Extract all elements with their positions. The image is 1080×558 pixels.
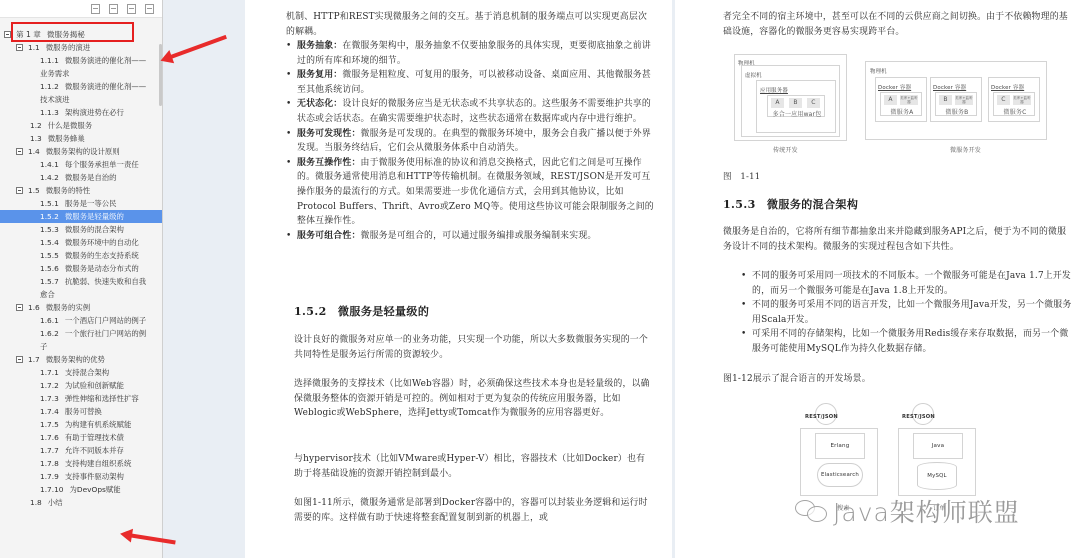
bullet-item: 服务复用：微服务是粗粒度、可复用的服务，可以被移动设备、桌面应用、其他微服务甚至… (286, 68, 656, 97)
toc-item-number: 1.6 (28, 303, 40, 312)
toc-item-label: 支持构建自组织系统 (65, 459, 132, 468)
toc-item-label: 微服务是动态分布式的 (65, 264, 139, 273)
paragraph: 微服务是自治的，它将所有细节都抽象出来并隐藏到服务API之后，便于为不同的微服务… (723, 225, 1075, 254)
toc-item-label: 微服务是自治的 (65, 173, 117, 182)
microservice-box: B类库+监听器微服务B (935, 92, 977, 116)
collapse-toggle-icon[interactable] (16, 44, 23, 51)
toc-item-label: 什么是微服务 (48, 121, 92, 130)
toc-item-number: 1.6.1 (40, 316, 59, 325)
toc-item[interactable]: 1.5.4微服务环境中的自动化 (0, 236, 162, 249)
toc-item-number: 1.5.4 (40, 238, 59, 247)
watermark-text: Java架构师联盟 (833, 493, 1020, 529)
toc-item[interactable]: 1.5.1服务是一等公民 (0, 197, 162, 210)
bullet-text: 设计良好的微服务应当是无状态或不共享状态的。这些服务不需要维护共享的状态或会话状… (297, 99, 651, 124)
expand-all-icon[interactable] (109, 4, 118, 14)
toc-item-number: 1.1.2 (40, 82, 59, 91)
bullet-text: 在微服务架构中，服务抽象不仅要抽象服务的具体实现，更要彻底抽象之前讲过的所有库和… (297, 41, 651, 66)
toc-item[interactable]: 1.4.1每个服务承担单一责任 (0, 158, 162, 171)
toc-item-number: 1.7.10 (40, 485, 64, 494)
hybrid-bullet-list: 不同的服务可采用同一项技术的不同版本。一个微服务可能是在Java 1.7上开发的… (741, 269, 1073, 357)
docker-container-box: Docker 容器B类库+监听器微服务B (930, 77, 982, 122)
toc-item[interactable]: 1.7.10为DevOps赋能 (0, 483, 162, 496)
toc-item-number: 1.7.6 (40, 433, 59, 442)
toc-item-label: 支持混合架构 (65, 368, 109, 377)
microservice-box: C类库+监听器微服务C (993, 92, 1035, 116)
toc-item[interactable]: 1.1.2微服务演进的催化剂——技术演进 (0, 80, 162, 106)
physical-machine-box: 物理机 Docker 容器A类库+监听器微服务ADocker 容器B类库+监听器… (865, 61, 1047, 140)
toc-item[interactable]: 1.7微服务架构的优势 (0, 353, 162, 366)
bullet-item: 可采用不同的存储架构，比如一个微服务用Redis缓存来存取数据，而另一个微服务可… (741, 327, 1073, 356)
toc-item-label: 微服务的实例 (46, 303, 90, 312)
toc-item-label: 微服务是轻量级的 (65, 212, 124, 221)
toc-item-label: 小结 (48, 498, 63, 507)
toc-item[interactable]: 1.7.8支持构建自组织系统 (0, 457, 162, 470)
figure-label: 图 1-11 (723, 170, 760, 185)
bullet-item: 无状态化：设计良好的微服务应当是无状态或不共享状态的。这些服务不需要维护共享的状… (286, 97, 656, 126)
toc-item-label: 有助于管理技术债 (65, 433, 124, 442)
toc-item-number: 1.7.2 (40, 381, 59, 390)
toc-item[interactable]: 1.4.2微服务是自治的 (0, 171, 162, 184)
toc-item[interactable]: 1.4微服务架构的设计原则 (0, 145, 162, 158)
toc-item[interactable]: 1.5微服务的特性 (0, 184, 162, 197)
war-package-box: A B C 多合一应用war包 (767, 95, 825, 117)
toc-item-number: 1.7.5 (40, 420, 59, 429)
figure-caption-traditional: 传统开发 (773, 144, 798, 159)
toc-item-number: 1.4.1 (40, 160, 59, 169)
bullet-text: 微服务是可组合的，可以通过服务编排或服务编制来实现。 (361, 231, 597, 241)
toc-item-label: 架构演进势在必行 (65, 108, 124, 117)
paragraph: 如图1-11所示，微服务通常是部署到Docker容器中的，容器可以封装业务逻辑和… (294, 496, 654, 525)
collapse-toggle-icon[interactable] (16, 148, 23, 155)
toc-item-number: 1.7.1 (40, 368, 59, 377)
toc-item[interactable]: 1.6.2一个旅行社门户网站的例子 (0, 327, 162, 353)
bullet-term: 无状态化： (297, 99, 342, 109)
toc-item-label: 微服务蜂巢 (48, 134, 85, 143)
toc-item-number: 1.7.8 (40, 459, 59, 468)
toc-item[interactable]: 1.5.6微服务是动态分布式的 (0, 262, 162, 275)
toc-item-number: 1.5.7 (40, 277, 59, 286)
toc-item[interactable]: 1.6微服务的实例 (0, 301, 162, 314)
document-page-right: 者完全不同的宿主环境中，甚至可以在不同的云供应商之间切换。由于不依赖物理的基础设… (675, 0, 1080, 558)
toc-item-label: 微服务的特性 (46, 186, 90, 195)
bullet-term: 服务可组合性： (297, 231, 361, 241)
bullet-term: 服务抽象： (297, 41, 342, 51)
toc-item[interactable]: 1.6.1一个酒店门户网站的例子 (0, 314, 162, 327)
figure-caption-microservice: 微服务开发 (950, 144, 981, 159)
toc-item-number: 1.7.3 (40, 394, 59, 403)
toc-item-number: 1.1.3 (40, 108, 59, 117)
toc-item[interactable]: 1.1微服务的演进 (0, 41, 162, 54)
bookmark-icon[interactable] (145, 4, 154, 14)
collapse-toggle-icon[interactable] (16, 356, 23, 363)
collapse-toggle-icon[interactable] (4, 31, 11, 38)
bullet-item: 服务可发现性：微服务是可发现的。在典型的微服务环境中，服务会自我广播以便于外界发… (286, 127, 656, 156)
paragraph: 设计良好的微服务对应单一的业务功能，只实现一个功能，所以大多数微服务实现的一个共… (294, 333, 654, 362)
bullet-item: 服务可组合性：微服务是可组合的，可以通过服务编排或服务编制来实现。 (286, 229, 656, 244)
toc-item[interactable]: 1.7.4服务可替换 (0, 405, 162, 418)
microservice-box: A类库+监听器微服务A (880, 92, 922, 116)
toc-item-label: 支持事件驱动架构 (65, 472, 124, 481)
toc-item-number: 1.5 (28, 186, 40, 195)
paragraph: 与hypervisor技术（比如VMware或Hyper-V）相比，容器技术（比… (294, 452, 654, 481)
physical-machine-box: 物理机 虚拟机 应用服务器 A B C 多合一应用war包 (734, 54, 847, 141)
bullet-term: 服务复用： (297, 70, 342, 80)
toc-item[interactable]: 1.1.3架构演进势在必行 (0, 106, 162, 119)
toc-item[interactable]: 1.7.7允许不同版本并存 (0, 444, 162, 457)
toc-item-number: 1.6.2 (40, 329, 59, 338)
toc-item[interactable]: 1.2什么是微服务 (0, 119, 162, 132)
collapse-toggle-icon[interactable] (16, 304, 23, 311)
toc-item-number: 1.4 (28, 147, 40, 156)
toc-item-label: 为DevOps赋能 (70, 485, 121, 494)
toc-item-number: 1.8 (30, 498, 42, 507)
toc-item-number: 1.5.5 (40, 251, 59, 260)
toc-toolbar (0, 0, 162, 18)
service-box-order: Java MySQL (898, 428, 976, 496)
toc-item-number: 1.5.6 (40, 264, 59, 273)
toc-item-number: 1.3 (30, 134, 42, 143)
docker-container-box: Docker 容器A类库+监听器微服务A (875, 77, 927, 122)
section-heading-1-5-2: 1.5.2 微服务是轻量级的 (294, 305, 429, 320)
toc-item[interactable]: 1.7.9支持事件驱动架构 (0, 470, 162, 483)
paragraph: 选择微服务的支撑技术（比如Web容器）时，必须确保这些技术本身也是轻量级的，以确… (294, 377, 654, 421)
toc-item[interactable]: 1.8小结 (0, 496, 162, 509)
expand-level-icon[interactable] (127, 4, 136, 14)
toc-item-number: 1.2 (30, 121, 42, 130)
feature-bullet-list: 服务抽象：在微服务架构中，服务抽象不仅要抽象服务的具体实现，更要彻底抽象之前讲过… (286, 39, 656, 243)
paragraph-intro: 者完全不同的宿主环境中，甚至可以在不同的云供应商之间切换。由于不依赖物理的基础设… (723, 10, 1073, 39)
toc-item-number: 1.4.2 (40, 173, 59, 182)
toc-item-label: 微服务的演进 (46, 43, 90, 52)
service-box-search: Erlang Elasticsearch (800, 428, 878, 496)
toc-item-label: 为试验和创新赋能 (65, 381, 124, 390)
toc-item[interactable]: 1.1.1微服务演进的催化剂——业务需求 (0, 54, 162, 80)
toc-item[interactable]: 1.7.6有助于管理技术债 (0, 431, 162, 444)
collapse-toggle-icon[interactable] (16, 187, 23, 194)
toc-item[interactable]: 1.3微服务蜂巢 (0, 132, 162, 145)
toc-item-number: 1.1.1 (40, 56, 59, 65)
red-arrow-top (167, 35, 227, 60)
bullet-item: 不同的服务可采用同一项技术的不同版本。一个微服务可能是在Java 1.7上开发的… (741, 269, 1073, 298)
toc-item[interactable]: 1.7.5为构建有机系统赋能 (0, 418, 162, 431)
bullet-item: 服务抽象：在微服务架构中，服务抽象不仅要抽象服务的具体实现，更要彻底抽象之前讲过… (286, 39, 656, 68)
paragraph-intro: 机制、HTTP和REST实现微服务之间的交互。基于消息机制的服务端点可以实现更高… (286, 10, 651, 39)
toc-item[interactable]: 1.7.3弹性伸缩和选择性扩容 (0, 392, 162, 405)
toc-item-number: 1.7.7 (40, 446, 59, 455)
toc-item-label: 微服务架构的优势 (46, 355, 105, 364)
toc-item-number: 1.5.3 (40, 225, 59, 234)
toc-item-number: 1.7.4 (40, 407, 59, 416)
wechat-icon (795, 498, 829, 524)
toc-item[interactable]: 1.7.1支持混合架构 (0, 366, 162, 379)
chapter-highlight-box (11, 22, 134, 42)
bullet-text: 微服务是粗粒度、可复用的服务，可以被移动设备、桌面应用、其他微服务甚至其他系统访… (297, 70, 651, 95)
bullet-item: 不同的服务可采用不同的语言开发，比如一个微服务用Java开发，另一个微服务用Sc… (741, 298, 1073, 327)
document-page-left: 机制、HTTP和REST实现微服务之间的交互。基于消息机制的服务端点可以实现更高… (245, 0, 672, 558)
toc-item-label: 为构建有机系统赋能 (65, 420, 132, 429)
toc-item-label: 服务可替换 (65, 407, 102, 416)
toc-item-number: 1.7.9 (40, 472, 59, 481)
toc-item-label: 弹性伸缩和选择性扩容 (65, 394, 139, 403)
toc-item-label: 服务是一等公民 (65, 199, 117, 208)
toc-item-number: 1.5.1 (40, 199, 59, 208)
bullet-item: 服务互操作性：由于微服务使用标准的协议和消息交换格式，因此它们之间是可互操作的。… (286, 156, 656, 229)
toc-item-label: 微服务架构的设计原则 (46, 147, 120, 156)
toc-item-label: 每个服务承担单一责任 (65, 160, 139, 169)
bullet-term: 服务可发现性： (297, 129, 361, 139)
toc-item-label: 微服务的混合架构 (65, 225, 124, 234)
toc-item-number: 1.5.2 (40, 212, 59, 221)
bullet-term: 服务互操作性： (297, 158, 361, 168)
app-server-box: 应用服务器 A B C 多合一应用war包 (756, 80, 836, 133)
toc-item-label: 微服务环境中的自动化 (65, 238, 139, 247)
paragraph: 图1-12展示了混合语言的开发场景。 (723, 372, 1075, 387)
toc-sidebar: 第 1 章微服务揭秘1.1微服务的演进1.1.1微服务演进的催化剂——业务需求1… (0, 0, 163, 558)
watermark: Java架构师联盟 (795, 493, 1020, 529)
toc-item[interactable]: 1.5.7抗脆弱、快速失败和自我愈合 (0, 275, 162, 301)
bullet-text: 由于微服务使用标准的协议和消息交换格式，因此它们之间是可互操作的。微服务通常使用… (297, 158, 654, 226)
toc-item[interactable]: 1.5.2微服务是轻量级的 (0, 210, 162, 223)
toc-item-label: 微服务的生态支持系统 (65, 251, 139, 260)
toc-item[interactable]: 1.5.3微服务的混合架构 (0, 223, 162, 236)
toc-item-number: 1.7 (28, 355, 40, 364)
vm-box: 虚拟机 应用服务器 A B C 多合一应用war包 (741, 65, 840, 137)
docker-container-box: Docker 容器C类库+监听器微服务C (988, 77, 1040, 122)
toc-tree: 第 1 章微服务揭秘1.1微服务的演进1.1.1微服务演进的催化剂——业务需求1… (0, 18, 162, 509)
toc-item[interactable]: 1.5.5微服务的生态支持系统 (0, 249, 162, 262)
collapse-all-icon[interactable] (91, 4, 100, 14)
section-heading-1-5-3: 1.5.3 微服务的混合架构 (723, 198, 858, 213)
toc-item-number: 1.1 (28, 43, 40, 52)
toc-item-label: 允许不同版本并存 (65, 446, 124, 455)
toc-item-label: 一个酒店门户网站的例子 (65, 316, 146, 325)
toc-item[interactable]: 1.7.2为试验和创新赋能 (0, 379, 162, 392)
